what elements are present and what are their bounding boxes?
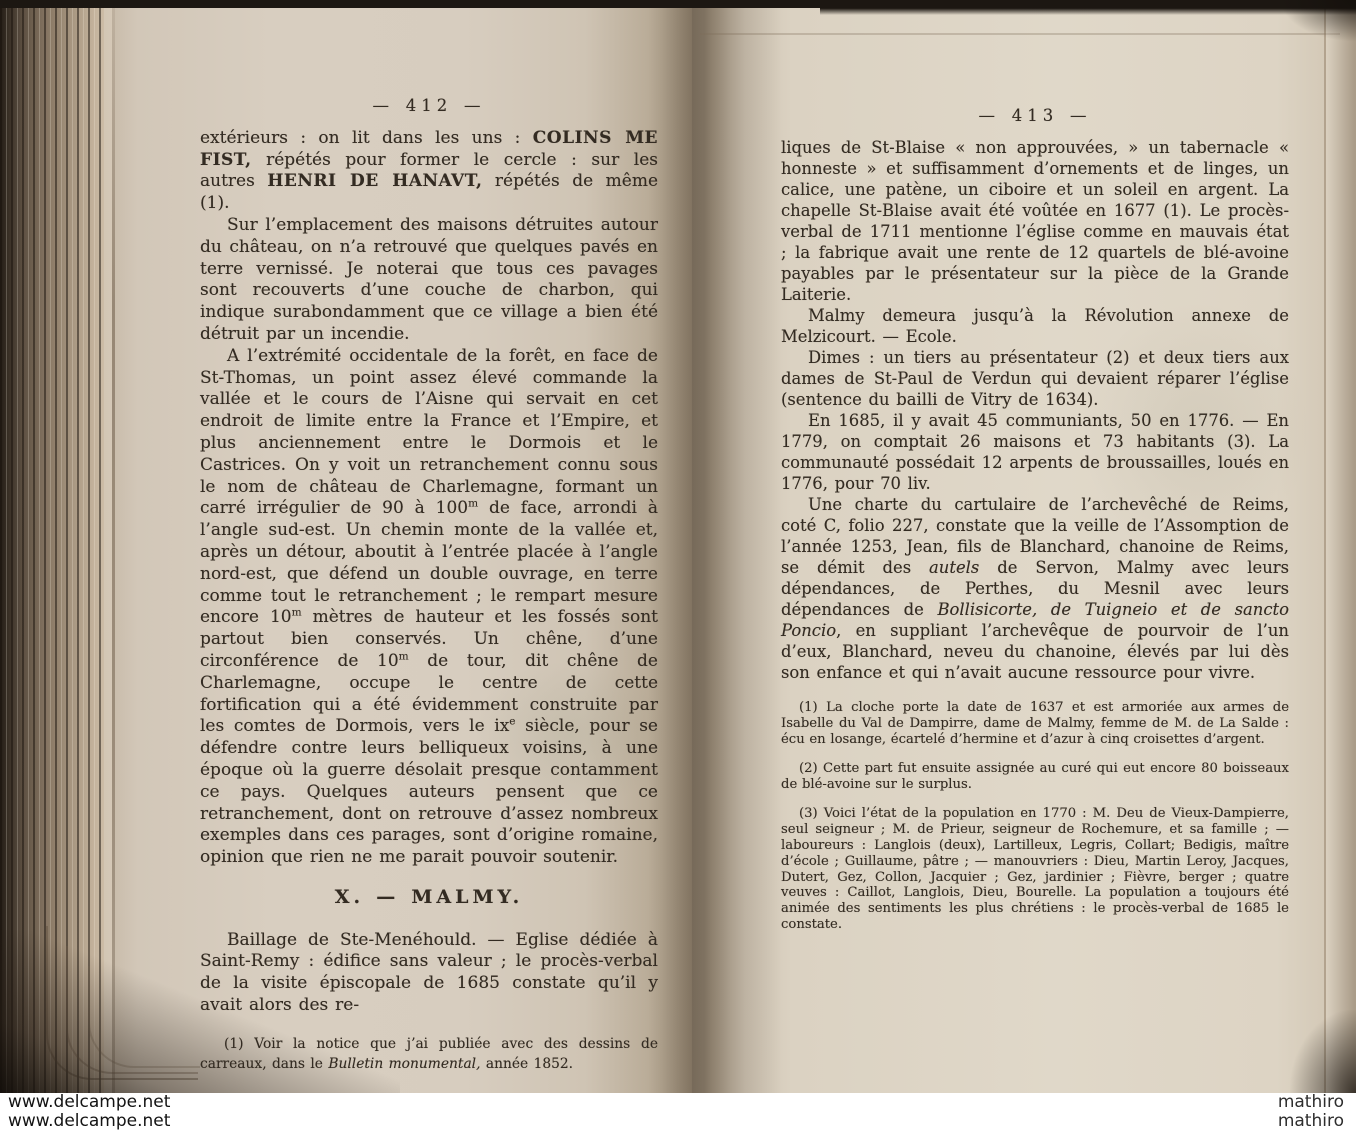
text-segment: m (468, 498, 478, 510)
background-top-strip-right (820, 0, 1356, 15)
text-segment: HENRI DE HANAVT, (267, 171, 482, 191)
text-segment: m (399, 650, 409, 662)
scanned-book-page: — 412 — extérieurs : on lit dans les uns… (0, 0, 1356, 1132)
text-segment: m (292, 607, 302, 619)
seller-watermark: mathiro mathiro (1278, 1093, 1344, 1131)
paragraph: Baillage de Ste-Menéhould. — Eglise dédi… (200, 930, 658, 1017)
right-page-edge-shading (1326, 0, 1356, 1093)
page-number: — 413 — (781, 105, 1289, 126)
book-gutter-shadow (648, 0, 782, 1093)
footnote: (3) Voici l’état de la population en 177… (781, 806, 1289, 933)
paragraph: A l’extrémité occidentale de la forêt, e… (200, 346, 658, 869)
paragraph: Dimes : un tiers au présentateur (2) et … (781, 347, 1289, 410)
right-page-blocks: liques de St-Blaise « non approuvées, » … (781, 137, 1289, 933)
delcampe-watermark-line: www.delcampe.net (8, 1112, 170, 1131)
bottom-right-shadow (1290, 1010, 1356, 1093)
paragraph: Sur l’emplacement des maisons détruites … (200, 215, 658, 346)
text-segment: Malmy demeura jusqu’à la Révolution anne… (781, 306, 1289, 346)
watermark-strip: www.delcampe.net www.delcampe.net mathir… (0, 1093, 1356, 1132)
footnote: (1) Voir la notice que j’ai publiée avec… (200, 1034, 658, 1074)
text-segment: En 1685, il y avait 45 communiants, 50 e… (781, 411, 1289, 493)
text-segment: X. — MALMY. (335, 886, 523, 908)
underlying-page-edge (700, 33, 1340, 35)
delcampe-watermark: www.delcampe.net www.delcampe.net (8, 1093, 170, 1131)
text-segment: Dimes : un tiers au présentateur (2) et … (781, 348, 1289, 409)
left-page-text: — 412 — extérieurs : on lit dans les uns… (200, 95, 658, 1088)
text-segment: Baillage de Ste-Menéhould. — Eglise dédi… (200, 930, 658, 1015)
text-segment: Sur l’emplacement des maisons détruites … (200, 215, 658, 344)
footnote: (1) La cloche porte la date de 1637 et e… (781, 700, 1289, 748)
book-photo: — 412 — extérieurs : on lit dans les uns… (0, 0, 1356, 1093)
delcampe-watermark-line: www.delcampe.net (8, 1093, 170, 1112)
seller-watermark-line: mathiro (1278, 1093, 1344, 1112)
page-number: — 412 — (200, 95, 658, 117)
paragraph: En 1685, il y avait 45 communiants, 50 e… (781, 410, 1289, 494)
seller-watermark-line: mathiro (1278, 1112, 1344, 1131)
text-segment: (1) La cloche porte la date de 1637 et e… (781, 700, 1289, 747)
footnote: (2) Cette part fut ensuite assignée au c… (781, 761, 1289, 793)
paragraph: liques de St-Blaise « non approuvées, » … (781, 137, 1289, 305)
text-segment: A l’extrémité occidentale de la forêt, e… (200, 346, 658, 519)
text-segment: autels (929, 558, 979, 577)
text-segment: (2) Cette part fut ensuite assignée au c… (781, 761, 1289, 792)
text-segment: extérieurs : on lit dans les uns : (200, 128, 533, 148)
right-page-text: — 413 — liques de St-Blaise « non approu… (781, 105, 1289, 946)
paragraph: Une charte du cartulaire de l’archevêché… (781, 494, 1289, 683)
text-segment: année 1852. (480, 1056, 573, 1072)
section-heading: X. — MALMY. (200, 887, 658, 909)
text-segment: siècle, pour se défendre contre leurs be… (200, 716, 658, 867)
left-page-blocks: extérieurs : on lit dans les uns : COLIN… (200, 128, 658, 1074)
top-right-corner-shadow (1280, 0, 1356, 42)
text-segment: (3) Voici l’état de la population en 177… (781, 806, 1289, 932)
paragraph: Malmy demeura jusqu’à la Révolution anne… (781, 305, 1289, 347)
paragraph: extérieurs : on lit dans les uns : COLIN… (200, 128, 658, 215)
text-segment: Bulletin monumental, (328, 1056, 480, 1072)
text-segment: liques de St-Blaise « non approuvées, » … (781, 138, 1289, 304)
text-segment: , en suppliant l’archevêque de pourvoir … (781, 621, 1289, 682)
